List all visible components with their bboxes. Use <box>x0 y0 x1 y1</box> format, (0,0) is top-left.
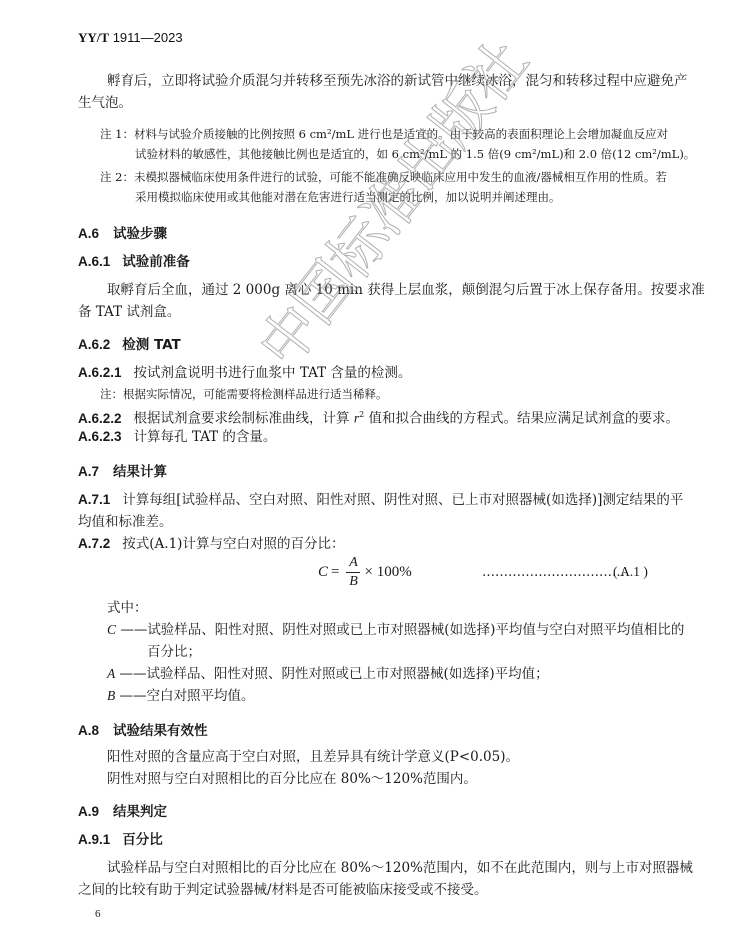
clause-number: A.6.2.1 <box>78 365 122 380</box>
a61-line-2: 备 TAT 试剂盒。 <box>78 301 180 323</box>
clause-number: A.7.1 <box>78 492 110 507</box>
note-2-label: 注 2： <box>100 170 134 184</box>
fraction-numerator: A <box>349 555 358 571</box>
note-1-label: 注 1： <box>100 127 134 141</box>
definition-text: 试验样品、阳性对照、阴性对照或已上市对照器械(如选择)平均值与空白对照平均值相比… <box>147 622 684 638</box>
symbol-b: B <box>107 688 115 703</box>
section-title: 试验结果有效性 <box>113 723 208 739</box>
section-title: 检测 TAT <box>122 337 180 353</box>
section-heading-a62: A.6.2检测 TAT <box>78 333 181 353</box>
symbol-c: C <box>107 622 116 637</box>
standard-prefix: YY/T <box>78 30 109 45</box>
intro-line-2: 生气泡。 <box>78 92 132 114</box>
publisher-watermark: 中国标准出版社 <box>235 70 501 379</box>
definition-text: 空白对照平均值。 <box>147 688 255 704</box>
section-heading-a91: A.9.1百分比 <box>78 828 163 848</box>
clause-text: 计算每组[试验样品、空白对照、阳性对照、阴性对照、已上市对照器械(如选择)]测定… <box>122 492 683 508</box>
clause-number: A.6.2.2 <box>78 411 122 426</box>
clause-text: 按式(A.1)计算与空白对照的百分比： <box>122 536 344 552</box>
standard-number: 1911—2023 <box>113 30 183 45</box>
section-heading-a9: A.9结果判定 <box>78 800 167 820</box>
section-heading-a61: A.6.1试验前准备 <box>78 250 190 270</box>
formula-lhs: C <box>318 564 328 581</box>
formula-fraction: A B <box>346 555 360 590</box>
fraction-bar <box>346 572 360 573</box>
a91-line-1: 试验样品与空白对照相比的百分比应在 80%～120%范围内，如不在此范围内，则与… <box>107 857 693 879</box>
clause-a623: A.6.2.3计算每孔 TAT 的含量。 <box>78 426 276 448</box>
section-number: A.8 <box>78 723 99 738</box>
formula-rhs: × 100% <box>364 564 411 581</box>
section-number: A.6 <box>78 226 99 241</box>
document-page: YY/T 1911—2023 孵育后，立即将试验介质混匀并转移至预先冰浴的新试管… <box>0 0 742 936</box>
definition-text: 试验样品、阳性对照、阴性对照或已上市对照器械(如选择)平均值； <box>147 666 549 682</box>
section-title: 结果判定 <box>113 804 167 820</box>
dash: —— <box>120 622 147 638</box>
page-number: 6 <box>95 908 101 920</box>
section-heading-a7: A.7结果计算 <box>78 460 167 480</box>
clause-number: A.7.2 <box>78 536 110 551</box>
section-number: A.9 <box>78 804 99 819</box>
clause-a71: A.7.1计算每组[试验样品、空白对照、阳性对照、阴性对照、已上市对照器械(如选… <box>78 489 683 511</box>
dash: —— <box>120 666 147 682</box>
formula-a1: C = A B × 100% <box>318 555 412 590</box>
symbol-a: A <box>107 666 115 681</box>
section-title: 百分比 <box>122 832 163 848</box>
section-heading-a6: A.6试验步骤 <box>78 222 167 242</box>
section-heading-a8: A.8试验结果有效性 <box>78 719 208 739</box>
intro-line-1: 孵育后，立即将试验介质混匀并转移至预先冰浴的新试管中继续冰浴，混匀和转移过程中应… <box>107 70 688 92</box>
a61-line-1: 取孵育后全血，通过 2 000g 离心 10 min 获得上层血浆，颠倒混匀后置… <box>107 279 705 301</box>
clause-text-cont: 值和拟合曲线的方程式。结果应满足试剂盒的要求。 <box>364 411 679 427</box>
where-item-c: C ——试验样品、阳性对照、阴性对照或已上市对照器械(如选择)平均值与空白对照平… <box>107 619 684 641</box>
a71-line-2: 均值和标准差。 <box>78 511 173 533</box>
fraction-denominator: B <box>349 574 358 590</box>
section-number: A.6.1 <box>78 254 110 269</box>
a8-line-2: 阴性对照与空白对照相比的百分比应在 80%～120%范围内。 <box>107 768 477 790</box>
where-item-c-line-2: 百分比； <box>147 641 201 663</box>
formula-leader-dots: …………………………… <box>482 565 625 580</box>
formula-label: ( A.1 ) <box>613 561 648 583</box>
clause-text: 按试剂盒说明书进行血浆中 TAT 含量的检测。 <box>134 365 412 381</box>
section-title: 试验前准备 <box>122 254 190 270</box>
clause-text: 计算每孔 TAT 的含量。 <box>134 429 277 445</box>
section-number: A.9.1 <box>78 832 110 847</box>
where-item-b: B ——空白对照平均值。 <box>107 685 255 707</box>
dash: —— <box>120 688 147 704</box>
where-label: 式中： <box>107 597 148 619</box>
where-item-a: A ——试验样品、阳性对照、阴性对照或已上市对照器械(如选择)平均值； <box>107 663 549 685</box>
standard-header: YY/T 1911—2023 <box>78 30 183 46</box>
a8-line-1: 阳性对照的含量应高于空白对照，且差异具有统计学意义(P<0.05)。 <box>107 746 519 768</box>
clause-text: 根据试剂盒要求绘制标准曲线，计算 <box>134 411 354 427</box>
section-title: 结果计算 <box>113 464 167 480</box>
a621-note: 注：根据实际情况，可能需要将检测样品进行适当稀释。 <box>100 384 388 404</box>
clause-a72: A.7.2按式(A.1)计算与空白对照的百分比： <box>78 533 344 555</box>
clause-a621: A.6.2.1按试剂盒说明书进行血浆中 TAT 含量的检测。 <box>78 362 411 384</box>
section-number: A.7 <box>78 464 99 479</box>
formula-equals: = <box>331 564 339 581</box>
section-title: 试验步骤 <box>113 226 167 242</box>
clause-number: A.6.2.3 <box>78 429 122 444</box>
a91-line-2: 之间的比较有助于判定试验器械/材料是否可能被临床接受或不接受。 <box>78 879 488 901</box>
section-number: A.6.2 <box>78 337 110 352</box>
